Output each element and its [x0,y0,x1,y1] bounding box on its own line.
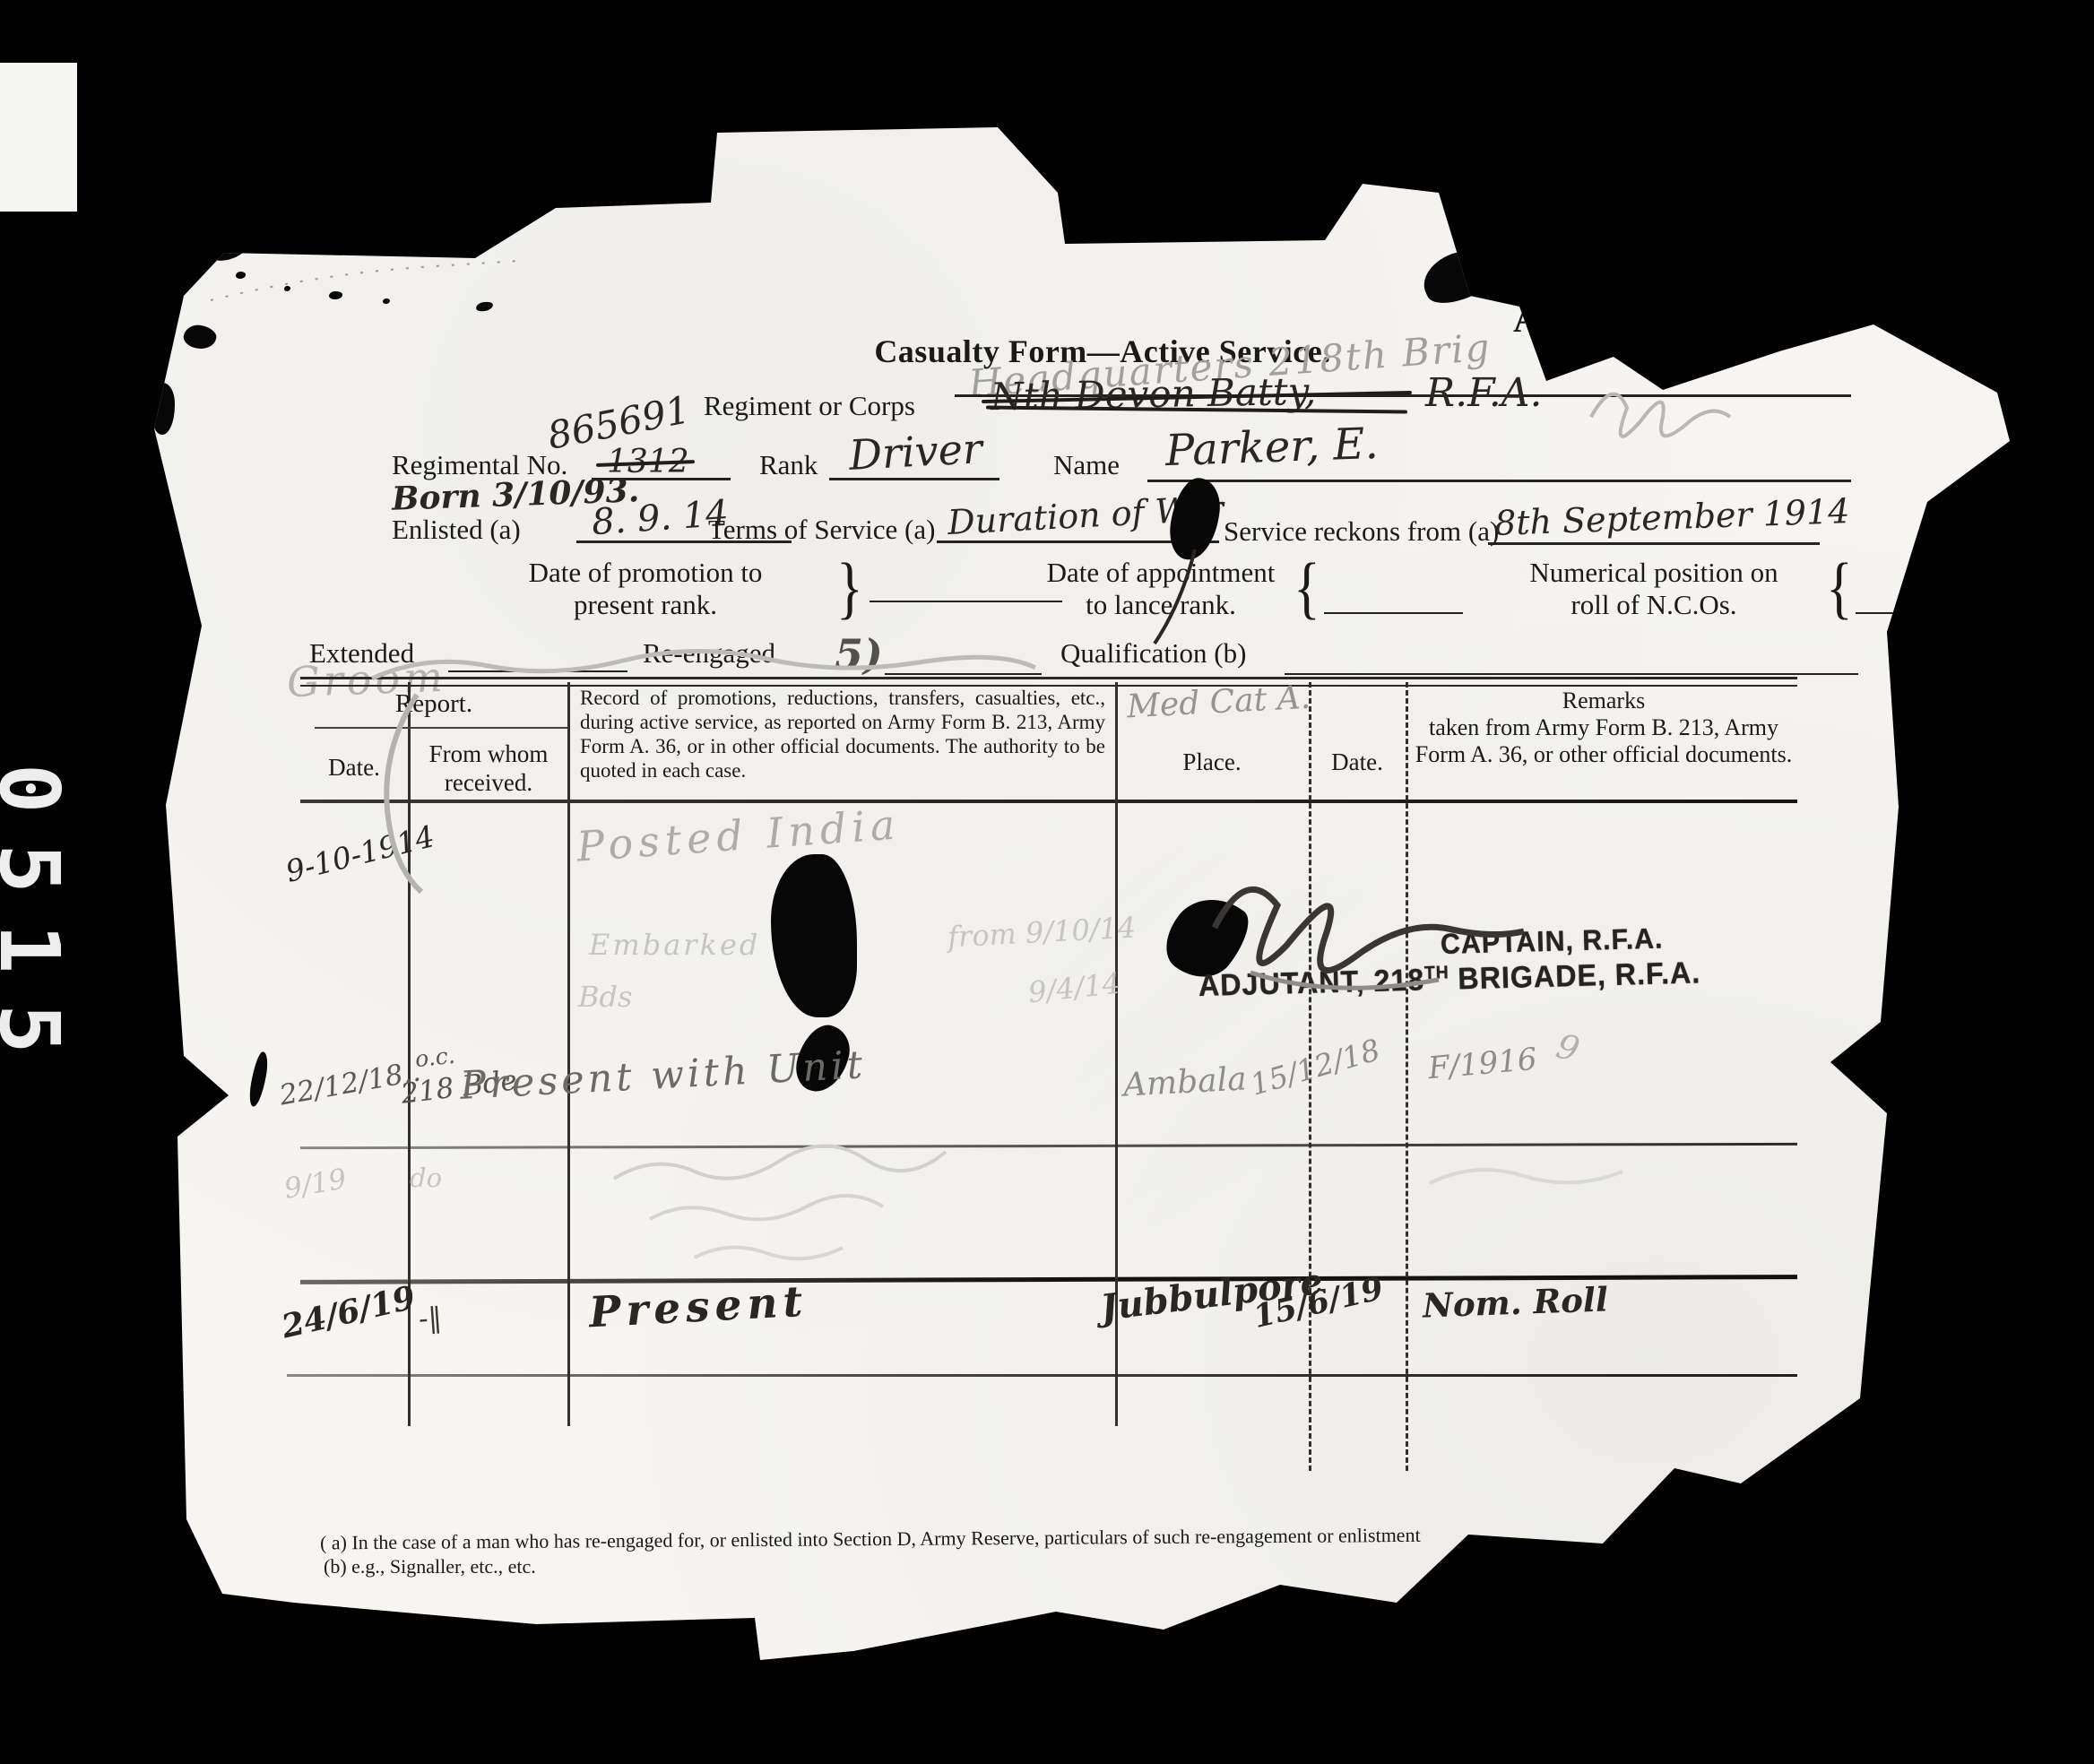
row2-date2: 15/12/18 [1246,1032,1383,1102]
remarks-column-header: Remarks taken from Army Form B. 213, Arm… [1414,687,1794,768]
numerical-position-label: Numerical position on roll of N.C.Os. [1484,557,1824,621]
reengaged-mark: 5) [835,630,883,679]
row2-record: Present with Unit [459,1042,867,1109]
ink-speck [383,298,390,304]
row1-faint-entry: from 9/10/14 [947,911,1137,955]
row4-remarks: Nom. Roll [1422,1279,1608,1325]
footnote-b: (b) e.g., Signaller, etc., etc. [324,1555,536,1578]
large-ink-blot [771,854,857,1017]
row4-record: Present [588,1277,809,1338]
ink-speck [444,225,454,245]
brace-glyph: { [1826,549,1853,628]
ink-speck [329,291,342,299]
film-frame-counter: 0515 [0,764,77,1085]
ink-blotch [182,323,219,352]
row1-faint-entry: Bds [578,980,632,1014]
rank-value: Driver [848,424,983,480]
form-code-letter: A [1513,298,1540,342]
rank-label: Rank [759,449,818,481]
ink-drip [247,1051,271,1108]
table-row-rule [287,1374,1797,1377]
brace-glyph: } [836,549,863,628]
regiment-label: Regiment or Corps [704,390,915,422]
enlisted-label: Enlisted (a) [392,514,521,546]
row2-remarks: F/1916 [1426,1042,1538,1086]
stamp-adjutant-line: ADJUTANT, 218THBRIGADE, R.F.A. [1198,955,1700,1004]
row1-faint-entry: Embarked [589,928,760,962]
table-row-rule [300,1143,1797,1149]
brace-glyph: { [1294,549,1320,628]
row3-from: do [410,1163,442,1193]
row1-date: 9-10-1914 [282,818,438,889]
from-whom-column-header: From whom received. [410,739,567,797]
ink-speck [475,301,493,313]
row4-from: -‖ [418,1301,443,1336]
table-column-line [567,682,570,1426]
casualty-form-document: A Casualty Form—Active Service. Headquar… [148,121,2030,1672]
qualification-label: Qualification (b) [1060,637,1246,670]
row2-from-line1: o.c. [414,1042,456,1072]
ink-speck [236,272,246,279]
report-subrule [315,727,567,729]
name-value: Parker, E. [1164,419,1379,476]
ink-blotch [197,214,258,266]
table-header-rule [300,800,1797,803]
promotion-label: Date of promotion to present rank. [457,557,834,621]
date-column-header: Date. [300,754,408,782]
appointment-label: Date of appointment to lance rank. [1031,557,1291,621]
regiment-value: R.F.A. [1425,370,1543,416]
ink-speck [284,286,290,291]
terms-of-service-label: Terms of Service (a) [708,514,935,546]
row1-pencil-note: 9 [1552,1026,1583,1070]
ink-blotch [151,383,175,435]
report-header: Report. [300,689,567,719]
row1-faint-entry: 9/4/14 [1026,966,1121,1010]
record-column-header: Record of promotions, reductions, transf… [580,686,1105,783]
film-edge-marker [0,63,77,212]
service-reckons-label: Service reckons from (a) [1224,515,1499,548]
stamp-captain-line: CAPTAIN, R.F.A. [1441,922,1664,961]
table-column-line [1406,682,1408,1471]
date2-column-header: Date. [1309,748,1406,776]
row1-record: Posted India [575,800,902,870]
ink-blotch [1415,245,1490,312]
row3-date: 9/19 [281,1163,349,1206]
footnote-a: ( a) In the case of a man who has re-eng… [320,1522,1718,1555]
name-label: Name [1053,449,1120,481]
row4-date: 24/6/19 [278,1278,419,1345]
service-reckons-value: 8th September 1914 [1493,491,1850,543]
microfilm-background: 0515 A Casualty Form—Active Service. Hea… [0,0,2094,1764]
reengaged-label: Re-engaged [643,637,775,670]
row2-place: Ambala [1122,1060,1248,1103]
place-column-header: Place. [1115,748,1309,776]
